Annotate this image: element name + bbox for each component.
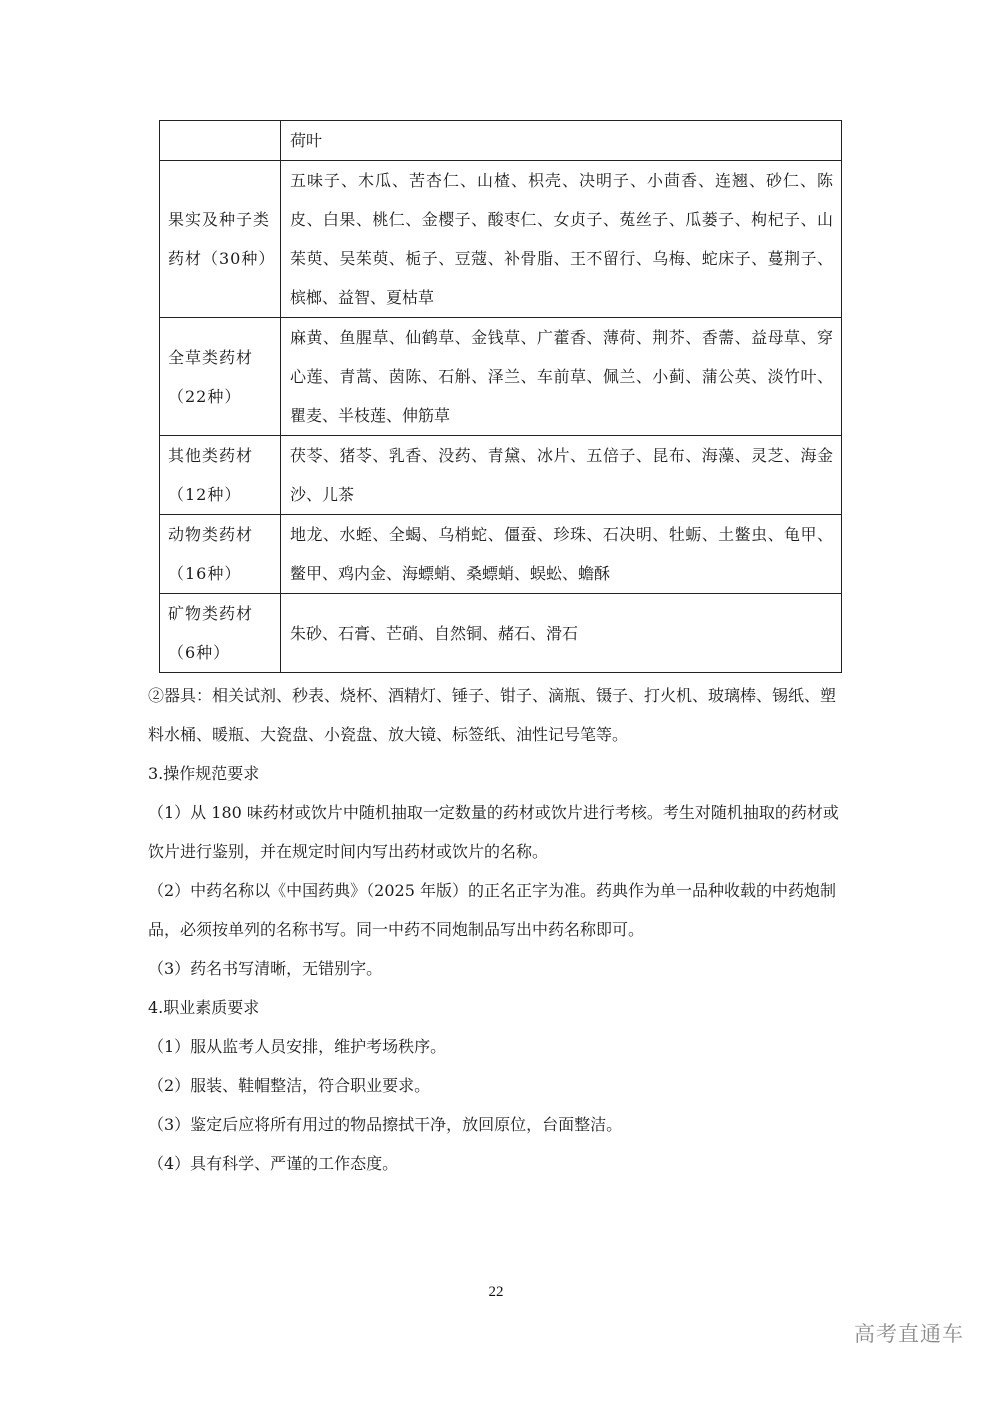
category-cell: 果实及种子类药材（30种） xyxy=(160,161,281,318)
requirement-item: （4）具有科学、严谨的工作态度。 xyxy=(148,1144,844,1183)
table-row: 全草类药材（22种） 麻黄、鱼腥草、仙鹤草、金钱草、广藿香、薄荷、荆芥、香薷、益… xyxy=(160,318,842,436)
requirement-item: （2）中药名称以《中国药典》（2025 年版）的正名正字为准。药典作为单一品种收… xyxy=(148,871,844,949)
category-cell: 全草类药材（22种） xyxy=(160,318,281,436)
table-row: 动物类药材（16种） 地龙、水蛭、全蝎、乌梢蛇、僵蚕、珍珠、石决明、牡蛎、土鳖虫… xyxy=(160,515,842,594)
table-row: 果实及种子类药材（30种） 五味子、木瓜、苦杏仁、山楂、枳壳、决明子、小茴香、连… xyxy=(160,161,842,318)
requirement-item: （3）鉴定后应将所有用过的物品擦拭干净，放回原位，台面整洁。 xyxy=(148,1105,844,1144)
page-number: 22 xyxy=(0,1284,992,1301)
items-cell: 地龙、水蛭、全蝎、乌梢蛇、僵蚕、珍珠、石决明、牡蛎、土鳖虫、龟甲、鳖甲、鸡内金、… xyxy=(281,515,842,594)
requirement-item: （2）服装、鞋帽整洁，符合职业要求。 xyxy=(148,1066,844,1105)
document-page: 荷叶 果实及种子类药材（30种） 五味子、木瓜、苦杏仁、山楂、枳壳、决明子、小茴… xyxy=(0,0,992,1403)
items-cell: 朱砂、石膏、芒硝、自然铜、赭石、滑石 xyxy=(281,594,842,673)
equipment-paragraph: ②器具：相关试剂、秒表、烧杯、酒精灯、锤子、钳子、滴瓶、镊子、打火机、玻璃棒、锡… xyxy=(148,676,844,754)
requirement-item: （1）从 180 味药材或饮片中随机抽取一定数量的药材或饮片进行考核。考生对随机… xyxy=(148,793,844,871)
watermark: 高考直通车 xyxy=(854,1318,964,1348)
category-cell: 动物类药材（16种） xyxy=(160,515,281,594)
table-row: 荷叶 xyxy=(160,121,842,161)
category-cell: 矿物类药材（6种） xyxy=(160,594,281,673)
requirement-item: （1）服从监考人员安排，维护考场秩序。 xyxy=(148,1027,844,1066)
items-cell: 五味子、木瓜、苦杏仁、山楂、枳壳、决明子、小茴香、连翘、砂仁、陈皮、白果、桃仁、… xyxy=(281,161,842,318)
items-cell: 荷叶 xyxy=(281,121,842,161)
table-row: 矿物类药材（6种） 朱砂、石膏、芒硝、自然铜、赭石、滑石 xyxy=(160,594,842,673)
section-heading: 4.职业素质要求 xyxy=(148,988,844,1027)
category-cell xyxy=(160,121,281,161)
requirement-item: （3）药名书写清晰，无错别字。 xyxy=(148,949,844,988)
items-cell: 麻黄、鱼腥草、仙鹤草、金钱草、广藿香、薄荷、荆芥、香薷、益母草、穿心莲、青蒿、茵… xyxy=(281,318,842,436)
items-cell: 茯苓、猪苓、乳香、没药、青黛、冰片、五倍子、昆布、海藻、灵芝、海金沙、儿茶 xyxy=(281,436,842,515)
herb-list-table: 荷叶 果实及种子类药材（30种） 五味子、木瓜、苦杏仁、山楂、枳壳、决明子、小茴… xyxy=(159,120,842,673)
body-text: ②器具：相关试剂、秒表、烧杯、酒精灯、锤子、钳子、滴瓶、镊子、打火机、玻璃棒、锡… xyxy=(148,676,844,1183)
section-heading: 3.操作规范要求 xyxy=(148,754,844,793)
table-row: 其他类药材（12种） 茯苓、猪苓、乳香、没药、青黛、冰片、五倍子、昆布、海藻、灵… xyxy=(160,436,842,515)
category-cell: 其他类药材（12种） xyxy=(160,436,281,515)
